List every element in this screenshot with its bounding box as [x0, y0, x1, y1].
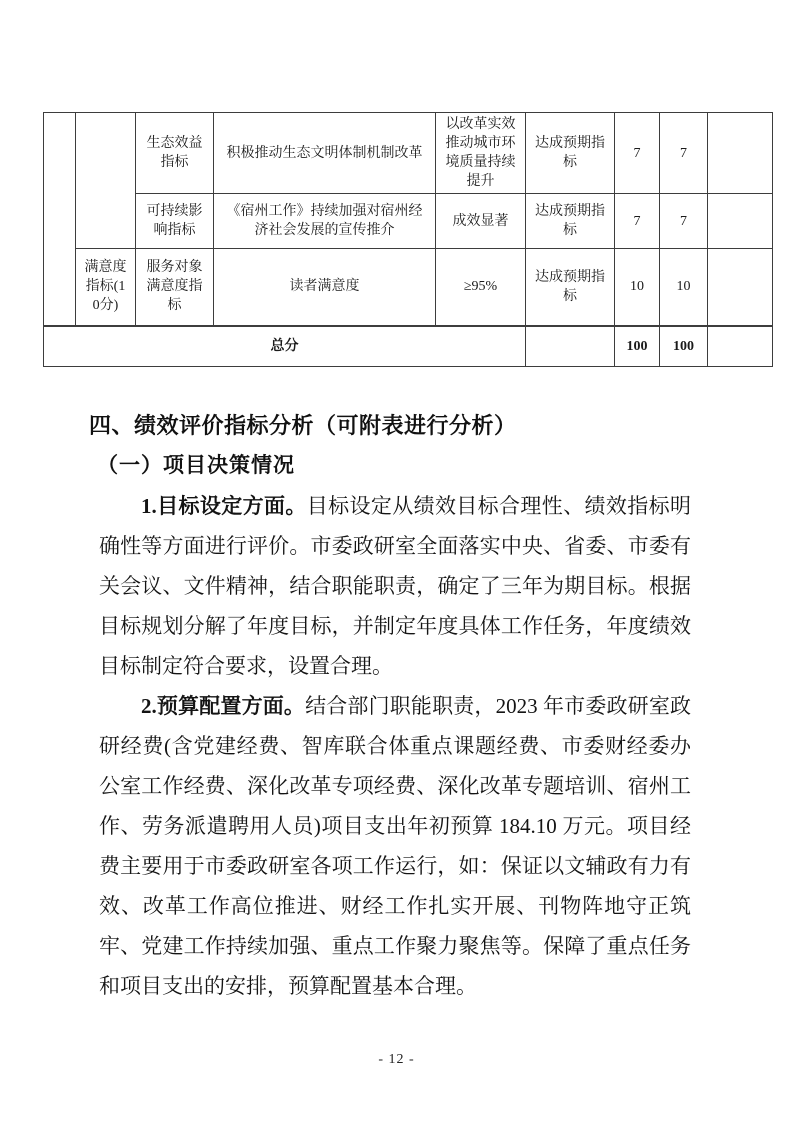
- cell-eco-target: 以改革实效推动城市环境质量持续提升: [436, 113, 526, 194]
- cell-total-score-max: 100: [615, 326, 660, 367]
- cell-eco-completion: 达成预期指标: [526, 113, 615, 194]
- cell-sustain-score-max: 7: [615, 194, 660, 249]
- cell-sustain-score: 7: [660, 194, 708, 249]
- table-row-eco: 生态效益指标 积极推动生态文明体制机制改革 以改革实效推动城市环境质量持续提升 …: [44, 113, 773, 194]
- cell-category-empty: [76, 113, 136, 249]
- table-row-sustain: 可持续影响指标 《宿州工作》持续加强对宿州经济社会发展的宣传推介 成效显著 达成…: [44, 194, 773, 249]
- paragraph-budget-config-text: 结合部门职能职责，2023 年市委政研室政研经费(含党建经费、智库联合体重点课题…: [99, 694, 691, 998]
- page-number: - 12 -: [0, 1052, 793, 1068]
- cell-total-score: 100: [660, 326, 708, 367]
- cell-eco-remark: [708, 113, 773, 194]
- document-page: 生态效益指标 积极推动生态文明体制机制改革 以改革实效推动城市环境质量持续提升 …: [0, 0, 793, 1122]
- cell-satisfaction-description: 读者满意度: [214, 249, 436, 326]
- cell-eco-score-max: 7: [615, 113, 660, 194]
- cell-sustain-completion: 达成预期指标: [526, 194, 615, 249]
- paragraph-budget-config-lead: 2.预算配置方面。: [141, 694, 305, 718]
- cell-sustain-target: 成效显著: [436, 194, 526, 249]
- cell-satisfaction-score-max: 10: [615, 249, 660, 326]
- cell-sustain-description: 《宿州工作》持续加强对宿州经济社会发展的宣传推介: [214, 194, 436, 249]
- subsection-heading: （一）项目决策情况: [97, 451, 295, 479]
- cell-satisfaction-indicator: 服务对象满意度指标: [136, 249, 214, 326]
- cell-total-label: 总分: [44, 326, 526, 367]
- cell-total-empty: [526, 326, 615, 367]
- cell-sustain-indicator: 可持续影响指标: [136, 194, 214, 249]
- performance-score-table: 生态效益指标 积极推动生态文明体制机制改革 以改革实效推动城市环境质量持续提升 …: [43, 112, 773, 367]
- table-row-total: 总分 100 100: [44, 326, 773, 367]
- cell-satisfaction-remark: [708, 249, 773, 326]
- cell-satisfaction-target: ≥95%: [436, 249, 526, 326]
- cell-satisfaction-score: 10: [660, 249, 708, 326]
- cell-eco-description: 积极推动生态文明体制机制改革: [214, 113, 436, 194]
- cell-left-spacer: [44, 113, 76, 326]
- cell-eco-indicator: 生态效益指标: [136, 113, 214, 194]
- table-row-satisfaction: 满意度指标(10分) 服务对象满意度指标 读者满意度 ≥95% 达成预期指标 1…: [44, 249, 773, 326]
- paragraph-goal-setting: 1.目标设定方面。目标设定从绩效目标合理性、绩效指标明确性等方面进行评价。市委政…: [99, 486, 691, 686]
- paragraph-goal-setting-lead: 1.目标设定方面。: [141, 494, 307, 518]
- paragraph-goal-setting-text: 目标设定从绩效目标合理性、绩效指标明确性等方面进行评价。市委政研室全面落实中央、…: [99, 494, 691, 678]
- cell-total-remark: [708, 326, 773, 367]
- cell-sustain-remark: [708, 194, 773, 249]
- cell-eco-score: 7: [660, 113, 708, 194]
- cell-satisfaction-completion: 达成预期指标: [526, 249, 615, 326]
- paragraph-budget-config: 2.预算配置方面。结合部门职能职责，2023 年市委政研室政研经费(含党建经费、…: [99, 686, 691, 1006]
- section-heading: 四、绩效评价指标分析（可附表进行分析）: [89, 411, 517, 441]
- cell-satisfaction-category: 满意度指标(10分): [76, 249, 136, 326]
- body-text: 1.目标设定方面。目标设定从绩效目标合理性、绩效指标明确性等方面进行评价。市委政…: [99, 486, 691, 1006]
